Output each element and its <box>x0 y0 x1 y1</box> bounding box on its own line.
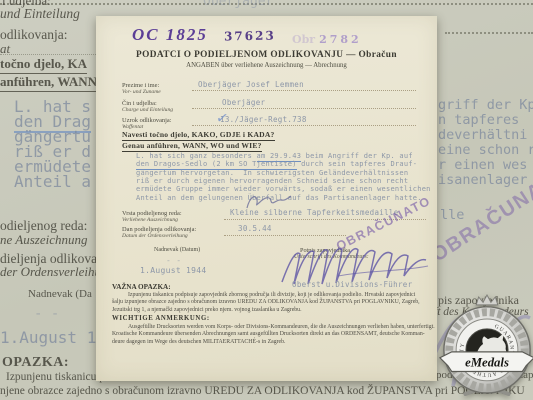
bg-label-fragment: ne Auszeichnung <box>0 232 88 248</box>
citation-line: L. hat sich ganz besonders am 29.9.43 be… <box>136 152 413 160</box>
citation-line: gängertum hervorgetan. In schwierigsten … <box>136 169 408 177</box>
bg-label-fragment: odlikovanja: <box>0 27 68 43</box>
award-date-value: 30.5.44 <box>238 224 272 233</box>
note-line: šalju izpunjene obrazce zajedno s obraču… <box>112 299 420 306</box>
bg-typed-fragment: Anteil a <box>14 172 91 191</box>
citation-text: durch sein tapferes Drauf- <box>297 160 418 168</box>
note-line: deure dagegen im Wege des deutschen MILI… <box>112 339 285 346</box>
date-value: 1.August 1944 <box>140 266 207 275</box>
typed-marks: - - <box>166 256 181 265</box>
bg-typed-fragment: isanenlager <box>438 172 527 188</box>
dotted-leader <box>224 234 346 236</box>
brand-name: eMedals <box>465 356 509 370</box>
bg-typed-fragment: griff der Kp <box>438 97 533 113</box>
award-label: Vrsta podieljenog reda: <box>122 210 182 217</box>
blue-checkmark-icon: ✓ <box>215 108 230 129</box>
field-value-rank: Oberjäger <box>222 98 265 107</box>
dotted-leader <box>192 89 416 91</box>
citation-line: den Dragos-Sedlo (2 km SO Tjentiste) dur… <box>136 160 417 168</box>
citation-line: riß er durch eigenen hervorragenden Schn… <box>136 177 408 185</box>
date-label-text: Nadnevak (Datum) <box>154 247 200 253</box>
bg-typed-fragment: r einen wes <box>438 157 527 173</box>
citation-text: beim Angriff der Kp. auf <box>301 152 413 160</box>
bg-label-fragment: und Einteilung <box>0 6 80 22</box>
bg-heading-fragment: točno djelo, KA <box>0 56 87 74</box>
field-value-unit: 13./Jäger-Regt.738 <box>220 115 307 124</box>
bg-label-fragment: der Ordensverleihu <box>0 264 101 280</box>
bg-typed-fragment: deverhältni <box>438 127 527 143</box>
bg-heading-fragment: anführen, WANN <box>0 74 97 92</box>
faded-stamp-prefix: Obr <box>292 33 315 46</box>
crown-icon <box>476 295 498 305</box>
field-label-de: Charge und Einteilung <box>122 107 173 113</box>
bg-rule <box>0 54 96 55</box>
bg-text-fragment: Izpunjenu tiskanicu p <box>6 371 105 383</box>
bg-dotted-line-right <box>445 32 533 34</box>
bg-typed-fragment: 1.August 19 <box>0 328 106 347</box>
note-title-de: WICHTIGE ANMERKUNG: <box>112 315 210 322</box>
serial-number-stamp: 37623 <box>224 29 276 44</box>
bg-typed-fragment: eine schon r <box>438 142 533 158</box>
award-record-card: OC 1825 37623 Obr 2782 PODATCI O PODIELJ… <box>96 16 437 381</box>
document-photo: Oberjäger i udjelba: und Einteilung odli… <box>0 0 533 400</box>
field-label-de: Vor- und Zuname <box>122 89 161 95</box>
document-title: PODATCI O PODIELJENOM ODLIKOVANJU — Obra… <box>96 50 437 60</box>
bg-label-fragment: Nadnevak (Da <box>28 288 92 300</box>
award-value: Kleine silberne Tapferkeitsmedaille <box>230 208 399 217</box>
award-label-de: Verliehene Auszeichnung <box>122 217 178 223</box>
field-label: Prezime i ime: <box>122 82 159 89</box>
date-label: Nadnevak (Datum) <box>154 247 200 253</box>
bg-typed-fragment: - - <box>34 306 59 322</box>
faded-stamp-number: 2782 <box>319 33 362 46</box>
faded-stamp: Obr 2782 <box>292 30 362 48</box>
deed-heading-hr: Navesti točno djelo, KAKO, GDJE i KADA? <box>122 130 275 141</box>
note-title-hr: VAŽNA OPAZKA: <box>112 283 171 291</box>
bg-typed-fragment: n tapferes <box>438 112 519 128</box>
citation-text: L. hat sich ganz besonders <box>136 152 257 160</box>
field-label: Čin i udjelba: <box>122 100 157 107</box>
award-date-label: Dan podieljenja odlikovanja: <box>122 226 196 233</box>
emedals-watermark-logo: GUARANTEE OF AUTHENTICITY eMedals <box>438 294 533 398</box>
document-subtitle: ANGABEN über verliehene Auszeichnung — A… <box>96 62 437 69</box>
bg-heading-fragment: OPAZKA: <box>2 355 69 371</box>
field-value-name: Oberjäger Josef Lemmen <box>198 80 304 89</box>
note-line: Jezuitski trg 1, a njemački zapovjednici… <box>112 307 302 314</box>
handwritten-code-stamp: OC 1825 <box>132 25 208 45</box>
field-label: Uzrok odlikovanja: <box>122 117 172 124</box>
bg-typed-fragment: lle <box>440 207 464 223</box>
signer-rank: Oberst u.Divisions-Führer <box>292 280 412 289</box>
award-date-label-de: Datum der Ordensverleihung <box>122 233 188 239</box>
deed-heading-de: Genau anführen, WANN, WO und WIE? <box>122 141 262 152</box>
bg-typed-fragment: Oberjäger <box>203 0 273 9</box>
note-line: Kroatische Kommandeure übersenden Abrech… <box>112 331 425 338</box>
